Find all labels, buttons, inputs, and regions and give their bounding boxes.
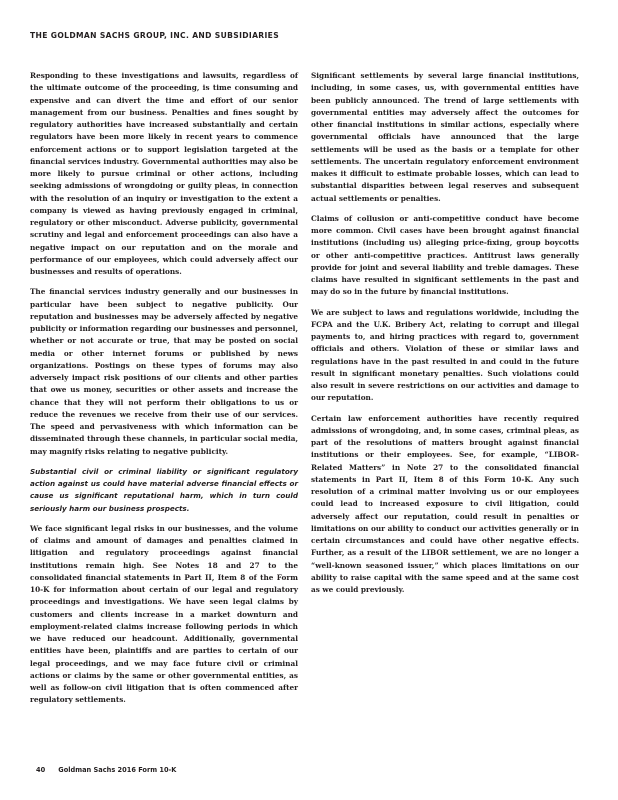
body-paragraph: Responding to these investigations and l…	[30, 70, 298, 278]
body-paragraph: Significant settlements by several large…	[311, 70, 579, 205]
body-paragraph: We face significant legal risks in our b…	[30, 523, 298, 707]
right-column: Significant settlements by several large…	[311, 70, 579, 604]
body-paragraph: Certain law enforcement authorities have…	[311, 413, 579, 597]
left-column: Responding to these investigations and l…	[30, 70, 298, 715]
risk-factor-heading: Substantial civil or criminal liability …	[30, 466, 298, 515]
body-paragraph: We are subject to laws and regulations w…	[311, 307, 579, 405]
publication-title: Goldman Sachs 2016 Form 10-K	[58, 766, 176, 774]
body-paragraph: Claims of collusion or anti-competitive …	[311, 213, 579, 299]
page-footer: 40 Goldman Sachs 2016 Form 10-K	[36, 766, 176, 774]
running-head: THE GOLDMAN SACHS GROUP, INC. AND SUBSID…	[30, 31, 279, 40]
page-number: 40	[36, 766, 56, 774]
body-paragraph: The financial services industry generall…	[30, 286, 298, 458]
